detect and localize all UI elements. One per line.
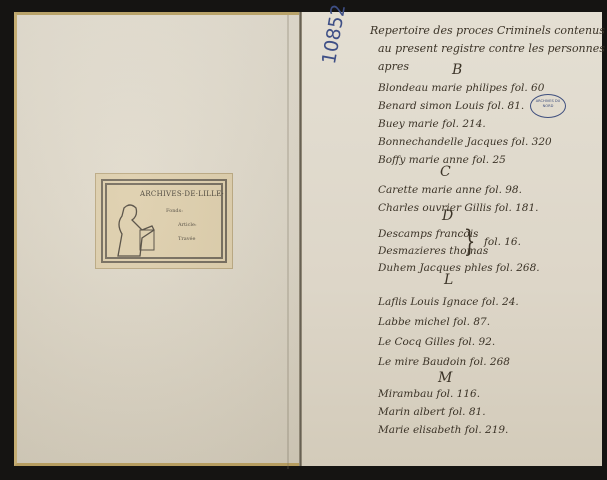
section-letter-b: B <box>452 62 462 78</box>
brace-glyph: } <box>464 224 475 259</box>
heading-line-1: Repertoire des proces Criminels contenus <box>370 24 605 37</box>
index-entry: Carette marie anne fol. 98. <box>378 184 522 196</box>
index-entry: Benard simon Louis fol. 81. <box>378 100 524 112</box>
label-field-article: Article: <box>178 222 197 228</box>
section-letter-m: M <box>438 370 452 386</box>
left-page-endpaper: ARCHIVES·DE·LILLE· Fonds: Article: Travé… <box>14 12 300 466</box>
index-entry: Charles ouvrier Gillis fol. 181. <box>378 202 539 214</box>
archive-stamp: ARCHIVES DU NORD <box>530 94 566 118</box>
scribe-illustration-icon <box>110 200 156 258</box>
section-letter-c: C <box>440 164 451 180</box>
index-entry: Marin albert fol. 81. <box>378 406 486 418</box>
heading-line-3: apres <box>378 60 409 73</box>
index-entry-folio: fol. 16. <box>484 236 521 248</box>
label-field-fonds: Fonds: <box>166 208 183 214</box>
index-entry: Le mire Baudoin fol. 268 <box>378 356 510 368</box>
index-entry: Le Cocq Gilles fol. 92. <box>378 336 495 348</box>
index-entry: Marie elisabeth fol. 219. <box>378 424 508 436</box>
index-entry: Laflis Louis Ignace fol. 24. <box>378 296 519 308</box>
archives-title: ARCHIVES·DE·LILLE· <box>140 190 224 198</box>
section-letter-d: D <box>442 208 453 224</box>
index-entry: Blondeau marie philipes fol. 60 <box>378 82 544 94</box>
index-entry: Labbe michel fol. 87. <box>378 316 490 328</box>
index-entry: Duhem Jacques phles fol. 268. <box>378 262 540 274</box>
archives-label: ARCHIVES·DE·LILLE· Fonds: Article: Travé… <box>95 173 233 269</box>
page-fold <box>287 15 289 469</box>
section-letter-l: L <box>444 272 453 288</box>
ornamental-frame <box>101 179 227 263</box>
label-field-travee: Travée <box>178 236 195 242</box>
heading-line-2: au present registre contre les personnes… <box>378 42 607 55</box>
index-entry: Mirambau fol. 116. <box>378 388 480 400</box>
index-entry: Buey marie fol. 214. <box>378 118 486 130</box>
index-entry: Bonnechandelle Jacques fol. 320 <box>378 136 552 148</box>
